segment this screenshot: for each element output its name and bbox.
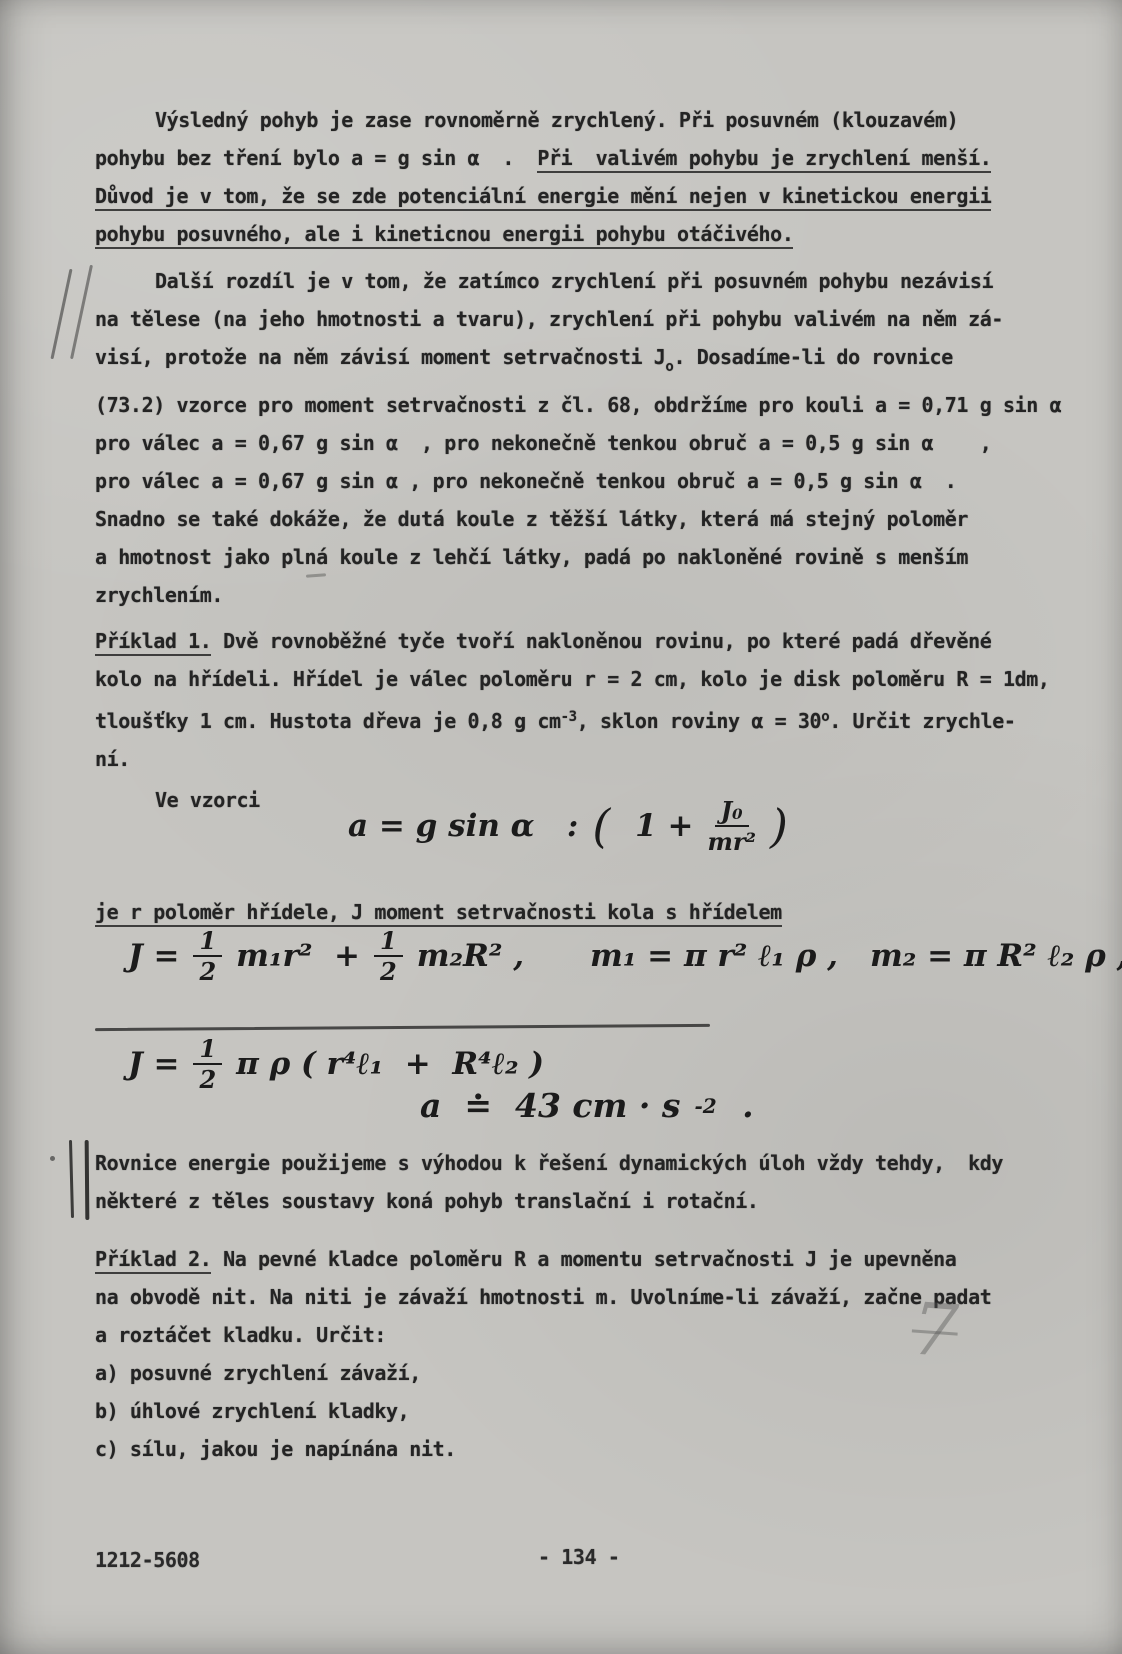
typed-line: Příklad 1. Dvě rovnoběžné tyče tvoří nak… [95,622,1105,660]
typed-line: c) sílu, jakou je napínána nit. [95,1430,1105,1468]
text-segment: , sklon roviny α = 30 [577,709,821,733]
superscript-segment: o [821,709,829,725]
text-segment: některé z těles soustavy koná pohyb tran… [95,1189,759,1213]
paragraph-1: Výsledný pohyb je zase rovnoměrně zrychl… [95,101,1105,253]
typed-line: pohybu posuvného, ale i kineticnou energ… [95,215,1105,253]
text-segment: pohybu bez tření bylo a = g sin α . [95,146,537,170]
fraction: 12 [374,928,403,984]
text-segment: b) úhlové zrychlení kladky, [95,1399,409,1423]
typed-line: na tělese (na jeho hmotnosti a tvaru), z… [95,300,1105,338]
formula-segment: π ρ ( r⁴ℓ₁ + R⁴ℓ₂ ) [236,1046,544,1082]
superscript-segment: -2 [694,1094,716,1118]
formula-segment: m₂ = π R² ℓ₂ ρ , [870,938,1122,974]
document-number: 1212-5608 [95,1548,200,1572]
typed-line: visí, protože na něm závisí moment setrv… [95,338,1105,386]
underlined-segment: pohybu posuvného, ale i kineticnou energ… [95,222,793,249]
text-segment: . Dosadíme-li do rovnice [673,345,952,369]
text-segment: kolo na hřídeli. Hřídel je válec poloměr… [95,667,1050,691]
underlined-segment: je r poloměr hřídele, J moment setrvačno… [95,900,782,927]
page-number: - 134 - [538,1545,620,1569]
formula-segment: a ≐ 43 cm · s [420,1086,680,1125]
fraction-denominator: 2 [199,957,216,984]
typed-line: je r poloměr hřídele, J moment setrvačno… [95,893,1105,931]
text-segment: Na pevné kladce poloměru R a momentu set… [211,1247,956,1271]
formula-segment: J = [128,938,179,974]
text-segment: tloušťky 1 cm. Hustota dřeva je 0,8 g cm [95,709,561,733]
text-segment: visí, protože na něm závisí moment setrv… [95,345,665,369]
formula-segment: m₂R² , [417,938,524,974]
text-segment: Ve vzorci [155,788,260,812]
margin-slash-mark [70,265,93,360]
handwritten-formula-acceleration: a = g sin α : ( 1 + J₀mr² ) [348,798,788,854]
underlined-segment: Příklad 2. [95,1247,211,1274]
typed-line: a hmotnost jako plná koule z lehčí látky… [95,538,1105,576]
fraction-denominator: 2 [380,957,397,984]
scanned-document-page: Výsledný pohyb je zase rovnoměrně zrychl… [0,0,1122,1654]
close-paren: ) [770,799,788,853]
typed-line: některé z těles soustavy koná pohyb tran… [95,1182,1105,1220]
formula-segment: 1 + [624,808,693,844]
text-segment: ní. [95,747,130,771]
handwritten-formula-result: a ≐ 43 cm · s-2 . [420,1086,754,1125]
fraction-numerator: 1 [374,928,403,957]
typed-line: Snadno se také dokáže, že dutá koule z t… [95,500,1105,538]
typed-line: Důvod je v tom, že se zde potenciální en… [95,177,1105,215]
text-segment: Dvě rovnoběžné tyče tvoří nakloněnou rov… [211,629,991,653]
fraction-denominator: mr² [707,827,756,854]
typed-line: kolo na hřídeli. Hřídel je válec poloměr… [95,660,1105,698]
fraction: J₀mr² [707,798,756,854]
text-segment: . Určit zrychle- [829,709,1015,733]
margin-dot-mark [50,1156,55,1161]
typed-line: pro válec a = 0,67 g sin α , pro nekoneč… [95,462,1105,500]
pencil-numeral: 7 [909,1287,961,1374]
typed-line: b) úhlové zrychlení kladky, [95,1392,1105,1430]
typed-line: Rovnice energie použijeme s výhodou k ře… [95,1144,1105,1182]
fraction-denominator: 2 [199,1065,216,1092]
text-segment: pro válec a = 0,67 g sin α , pro nekoneč… [95,431,991,455]
open-paren: ( [592,799,610,853]
paragraph-energy-equation: Rovnice energie použijeme s výhodou k ře… [95,1144,1105,1220]
paragraph-example-1: Příklad 1. Dvě rovnoběžné tyče tvoří nak… [95,622,1105,778]
typed-line: zrychlením. [95,576,1105,614]
margin-bar-mark [85,1140,90,1220]
formula-segment: a = g sin α : [348,808,578,844]
formula-segment: m₁ = π r² ℓ₁ ρ , [590,938,838,974]
text-segment: Další rozdíl je v tom, že zatímco zrychl… [155,269,993,293]
underlined-segment: Důvod je v tom, že se zde potenciální en… [95,184,991,211]
superscript-segment: -3 [561,709,577,725]
typed-line: Výsledný pohyb je zase rovnoměrně zrychl… [95,101,1105,139]
text-segment: c) sílu, jakou je napínána nit. [95,1437,456,1461]
text-segment: pro válec a = 0,67 g sin α , pro nekoneč… [95,469,956,493]
margin-bar-mark [69,1140,74,1218]
fraction-numerator: 1 [193,928,222,957]
underlined-segment: Při valivém pohybu je zrychlení menší. [537,146,991,173]
typed-line: Další rozdíl je v tom, že zatímco zrychl… [95,262,1105,300]
fraction-numerator: 1 [193,1036,222,1065]
text-segment: Snadno se také dokáže, že dutá koule z t… [95,507,968,531]
handwritten-formula-inertia-combined: J = 12 π ρ ( r⁴ℓ₁ + R⁴ℓ₂ ) [128,1036,544,1092]
typed-line: pohybu bez tření bylo a = g sin α . Při … [95,139,1105,177]
hand-underline-mark [95,1024,710,1031]
text-segment: a hmotnost jako plná koule z lehčí látky… [95,545,968,569]
typed-line: (73.2) vzorce pro moment setrvačnosti z … [95,386,1105,424]
paragraph-formula-caption: je r poloměr hřídele, J moment setrvačno… [95,893,1105,931]
fraction: 12 [193,928,222,984]
formula-segment: J = [128,1046,179,1082]
underlined-segment: Příklad 1. [95,629,211,656]
typed-line: ní. [95,740,1105,778]
formula-segment: m₁r² + [236,938,360,974]
typed-line: pro válec a = 0,67 g sin α , pro nekoneč… [95,424,1105,462]
typed-line: tloušťky 1 cm. Hustota dřeva je 0,8 g cm… [95,698,1105,740]
typed-line: Příklad 2. Na pevné kladce poloměru R a … [95,1240,1105,1278]
paragraph-2: Další rozdíl je v tom, že zatímco zrychl… [95,262,1105,614]
margin-slash-mark [50,269,72,360]
fraction-numerator: J₀ [715,798,749,827]
text-segment: Výsledný pohyb je zase rovnoměrně zrychl… [155,108,958,132]
text-segment: Rovnice energie použijeme s výhodou k ře… [95,1151,1003,1175]
text-segment: a roztáčet kladku. Určit: [95,1323,386,1347]
text-segment: a) posuvné zrychlení závaží, [95,1361,421,1385]
fraction: 12 [193,1036,222,1092]
handwritten-formula-inertia: J = 12 m₁r² + 12 m₂R² , m₁ = π r² ℓ₁ ρ ,… [128,928,1122,984]
text-segment: zrychlením. [95,583,223,607]
formula-segment: . [731,1086,754,1125]
text-segment: na obvodě nit. Na niti je závaží hmotnos… [95,1285,991,1309]
text-segment: (73.2) vzorce pro moment setrvačnosti z … [95,393,1061,417]
text-segment: na tělese (na jeho hmotnosti a tvaru), z… [95,307,1003,331]
